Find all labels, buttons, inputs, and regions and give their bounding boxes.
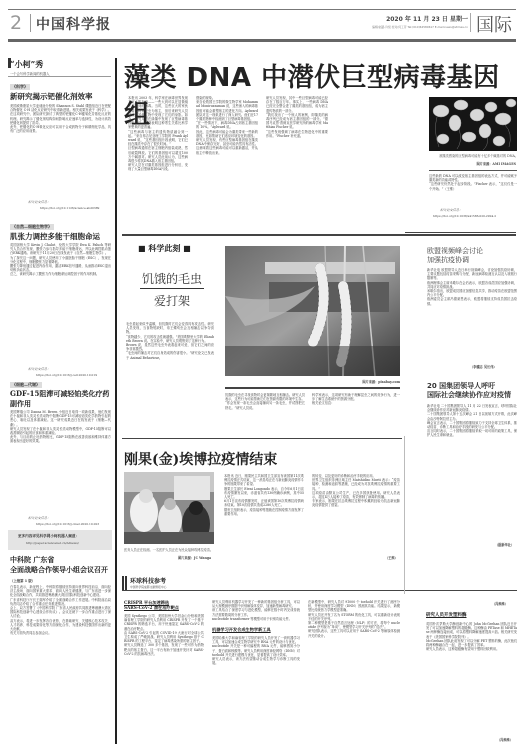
header-top-rule <box>8 9 516 10</box>
title-underline <box>140 288 204 289</box>
ebola-photo-credit: 图片来源：JC Wanga <box>178 556 211 560</box>
ebola-headline: 刚果(金)埃博拉疫情结束 <box>124 449 277 469</box>
article-body: 研究人员利用机器学习开发了一种新的基因组分析工具，可以从大规模测序数据中识别病原… <box>212 600 300 622</box>
section-name: 国际 <box>476 11 512 37</box>
science-moment-body-2: 饥饿的毛虫在寻找食物时会更频繁地互相撞击。研究人员表示，这些行为可能帮助它们在资… <box>225 393 305 431</box>
tech-section-subtitle: 中国科学院成都文献情报中心 <box>130 585 166 589</box>
ebola-photo <box>124 472 214 544</box>
issue-date: 2020 年 11 月 23 日 星期一 <box>340 14 468 23</box>
article-title: 新研究揭示钯催化剂效率 <box>10 91 93 102</box>
caption-rule <box>429 170 517 171</box>
header-bottom-rule <box>8 39 516 42</box>
article-body: 英国朴次茅斯大学酶创新中心的 John McGeehan 团队近日开发了可以加速… <box>426 622 517 736</box>
paper-info-label: 相关论文信息： <box>28 516 50 520</box>
science-moment-label: ■ 科学此刻 ■ <box>138 243 191 254</box>
ebola-column-2: 的转变，以及更好的诊断和治疗手段的应用。 世界卫生组织非洲区域主任 Matshi… <box>312 474 400 562</box>
science-moment-body-3: 科学家表示，这项研究有助于理解昆虫之间的竞争行为，进一步了解生态系统中的资源分配… <box>312 393 400 431</box>
tech-section-title: 环球科技参考 <box>130 576 166 585</box>
science-moment-title-2: 爱打架 <box>136 292 208 309</box>
article-tag: 《细胞—代谢》 <box>10 382 42 388</box>
article-tag: 《自然—细胞生物学》 <box>10 224 54 230</box>
article-title: 欧盟视频峰会讨论 加强抗疫协调 <box>427 247 517 265</box>
paper-info-label: 相关论文信息： <box>440 208 462 212</box>
right-column-rule <box>405 232 516 233</box>
article-signature: （李骥志 吴长伟） <box>470 365 497 369</box>
caterpillar-photo-credit: 图片来源：pixabay.com <box>300 380 400 384</box>
article-title: 机器学习开发合成生物学新工具 <box>212 627 271 633</box>
article-tag: 《科学》 <box>10 84 30 90</box>
virus-image <box>429 97 517 151</box>
article-body: 白春礼表示，新征程上，中科院将继续坚持面向世界科技前沿、面向经济主战场、面向国家… <box>10 585 111 745</box>
article-signature: （据新华社） <box>495 543 514 547</box>
lead-column-2: 感染的现象。 来自伦敦国王学院的微生物学家 Mohammad Moniruzza… <box>196 96 258 226</box>
ebola-top-rule <box>122 438 402 439</box>
promo-link[interactable]: http://paper.sciencenet.cn/AInews/ <box>26 541 79 545</box>
continued-from-label: （上接第 1 版） <box>10 578 35 583</box>
masthead-logo: 中国科学报 <box>36 14 111 34</box>
ebola-column-1: 本报讯 近日，刚果民主共和国卫生部宣布该国第11次埃博拉疫情正式结束，这一消息给… <box>224 474 304 564</box>
section-marker <box>125 576 127 590</box>
article-title: GDF-15阻滞可减轻铂类化疗药副作用 <box>10 389 110 409</box>
article-signature: （王维） <box>385 556 398 560</box>
science-moment-title-1: 饥饿的毛虫 <box>136 270 208 287</box>
paper-info-label: 相关论文信息： <box>28 200 50 204</box>
virus-image-caption: 被藻类感染的巨型病毒可能有十亿多个碱基对的 DNA。 <box>430 154 518 158</box>
article-title: 20 国集团领导人呼吁 国际社会继续协作应对疫情 <box>427 382 517 400</box>
section-divider <box>470 13 471 32</box>
promo-text: 更多内容详见科学网小柯机器人频道： <box>18 534 79 539</box>
article-body: 在新模型中，研究人员对 91000 个 toehold 开关进行了测序分析，并使… <box>308 600 400 746</box>
paper-doi-link[interactable]: https://doi.org/10.1126/science.abd0389 <box>40 206 99 210</box>
editor-line: 编辑/赵路,许悦 校对/何工劳 Tel:(010)62580617 E-mail… <box>290 25 468 29</box>
article-body: 美国哈佛大学和麻省理工学院的研究人员开发了一套机器学习工具，可以加速合成生物学研… <box>212 636 300 746</box>
header-divider <box>30 14 31 32</box>
article-body: 新华社电 欧盟领导人近日举行视频峰会，讨论加强抗疫协调，主要议题包括疫苗采购与分… <box>427 268 517 354</box>
article-body: 英国剑桥大学 Kevin J. Chalut、伦敦大学学院 Ewa K. Pal… <box>10 243 111 371</box>
science-moment-body: 毛虫看起来似乎温顺，但饥饿时它们会变得具有攻击性。研究人员发现，当食物短缺时，帝… <box>126 322 214 412</box>
column-divider <box>404 436 405 594</box>
medical-workers-illustration <box>124 472 214 544</box>
ebola-photo-caption: 医务人员正在检测。一名医护人员正在为民众接种埃博拉疫苗。 <box>124 548 216 552</box>
virus-particles-illustration <box>429 97 517 151</box>
lead-column-3: 研究人员发现，其中一些巨型病毒可能已经存在了数百万年。事实上，一些病毒 DNA … <box>266 96 328 226</box>
lead-side-text: 这些新的 DNA 可以改变宿主基因组的表达方式，并可能赋予藻类新的功能或特性。 … <box>429 174 517 206</box>
lead-column-1: 本报讯 2003 年，科学家在病毒世界发现了巨大的东西——一些大到可以在显微镜下… <box>128 96 188 226</box>
article-title: 肌张力调控多能干细胞命运 <box>10 231 100 242</box>
article-body: 美国 Synthego 公司、美国加州大学旧金山分校和美国麻省理工学院的研究人员… <box>124 614 204 746</box>
section-marker <box>8 58 11 68</box>
lead-bottom-rule <box>122 234 516 236</box>
caterpillar-photo <box>225 246 400 376</box>
photo-bottom-rule <box>225 387 400 389</box>
article-signature: （冯维维） <box>492 602 508 606</box>
xiaoke-section-title: “小柯”秀 <box>10 59 43 70</box>
caterpillar-illustration <box>225 246 400 376</box>
left-column-divider <box>115 58 117 744</box>
article-title: 研究人员开发塑料酶 <box>426 612 467 618</box>
paper-doi-link[interactable]: https://doi.org/10.1016/j.cell.2020.10.0… <box>36 373 97 377</box>
virus-image-credit: 图片来源：AMI IMAGES <box>430 162 516 166</box>
paper-doi-link[interactable]: https://doi.org/10.1016/j.cmet.2020.10.0… <box>36 522 99 526</box>
section-marker <box>122 576 124 590</box>
article-title: CRISPR 平台加速筛选 SARS-CoV-2 潜在治疗靶点 <box>124 600 204 610</box>
article-signature: （冯维维） <box>497 738 513 742</box>
article-body: 美国辉瑞公司 Danna M. Breen 小组近日取得一项新成果，他们发现在小… <box>10 410 111 514</box>
paper-doi-link[interactable]: https://doi.org/10.1038/s41586-020-2924-… <box>433 214 496 218</box>
page-number: 2 <box>10 12 22 34</box>
tech-section-rule <box>122 590 517 591</box>
paper-info-label: 相关论文信息： <box>28 367 50 371</box>
article-body: 美国威斯康星大学麦迪逊分校的 Shannon S. Stahl 课题组近日在钯配… <box>10 104 111 196</box>
article-title: 中科院 广东省 全面战略合作领导小组会议召开 <box>10 555 114 575</box>
article-body: 新华社电 二十国集团领导人 11 月 22 日发表宣言，呼吁国际社会继续协作应对… <box>427 404 517 542</box>
promo-box: 更多内容详见科学网小柯机器人频道： http://paper.sciencene… <box>8 530 112 550</box>
xiaoke-rule <box>8 76 111 77</box>
